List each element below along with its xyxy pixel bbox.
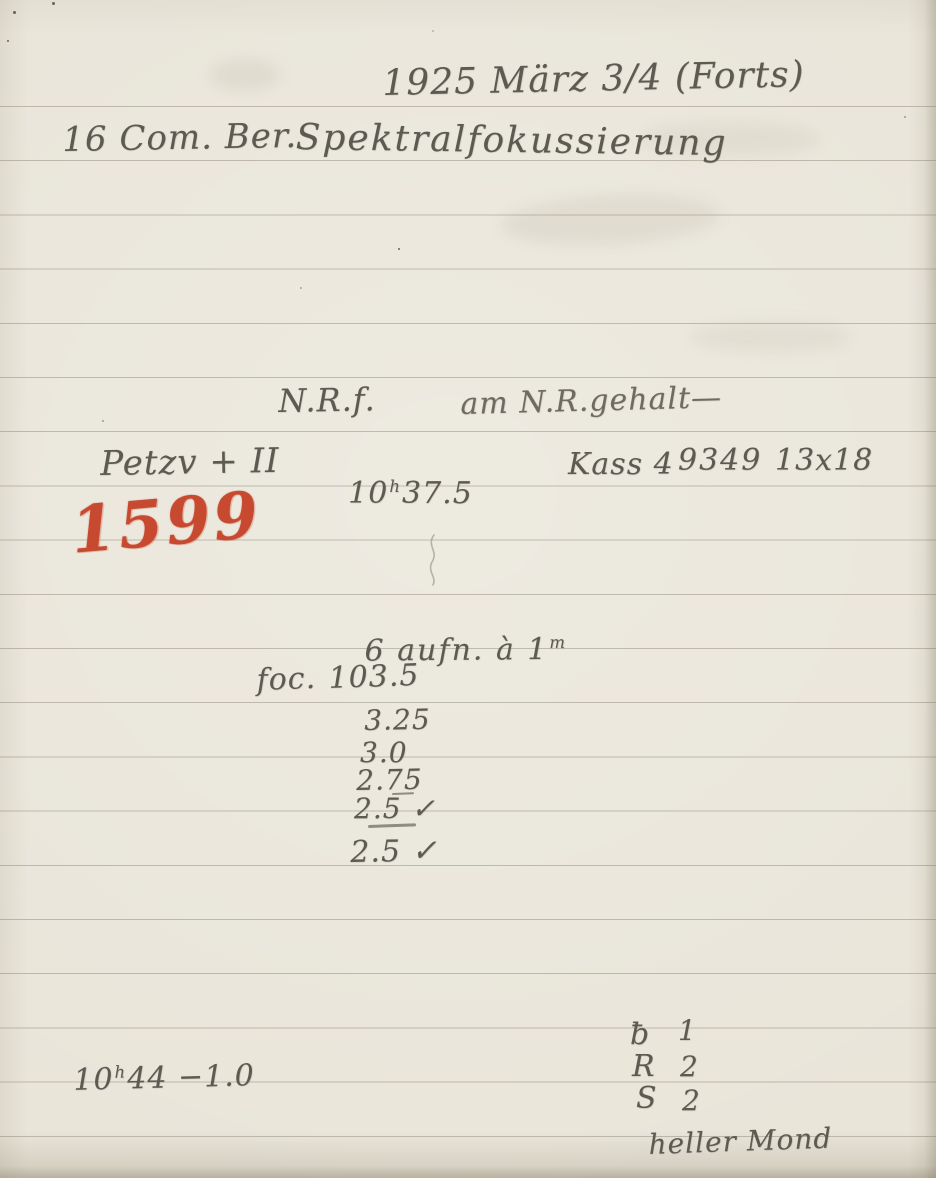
object-designation: 16 Com. Ber. (62, 118, 297, 159)
bleed-through-smudge (210, 60, 280, 90)
guiding-note: am N.R.gehalt— (460, 381, 722, 421)
instrument-label: N.R.f. (278, 382, 376, 419)
focus-value: 3.25 (364, 705, 431, 737)
condition-symbol: S (636, 1082, 658, 1115)
paper-speck (432, 30, 434, 32)
task-title: Spektralfokussierung (295, 118, 727, 164)
end-hour-superscript: h (114, 1063, 126, 1082)
condition-value: 1 (678, 1016, 697, 1047)
end-rest: 44 −1.0 (127, 1058, 255, 1096)
paper-speck (102, 420, 104, 422)
condition-symbol: R (632, 1050, 656, 1083)
focus-value: 2.5 ✓ (354, 794, 436, 825)
paper-speck (904, 116, 906, 118)
focus-overline (368, 823, 416, 828)
plate-id-red: 1599 (68, 477, 264, 568)
condition-symbol: ƀ (630, 1018, 650, 1051)
focus-label: foc. (256, 662, 317, 697)
plate-number: 9349 (678, 444, 762, 477)
paper-speck (7, 40, 9, 42)
exposure-start-time: 10h37.5 (306, 444, 473, 543)
date-heading: 1925 März 3/4 (Forts) (382, 55, 805, 103)
focus-first-value: 103.5 (328, 659, 420, 695)
stray-pencil-mark (418, 532, 448, 592)
condition-value: 2 (680, 1052, 699, 1083)
start-minutes: 37.5 (402, 476, 473, 511)
cassette-label: Kass 4 (568, 448, 674, 481)
end-time: 10h44 −1.0 (30, 1026, 256, 1131)
page-edge-shadow-bottom (0, 1166, 936, 1178)
sky-note: heller Mond (648, 1124, 833, 1161)
paper-speck (398, 248, 400, 250)
plate-format: 13x18 (775, 444, 873, 477)
condition-value: 2 (682, 1086, 701, 1117)
paper-speck (13, 11, 16, 14)
hour-superscript: h (389, 477, 401, 496)
page-edge-shadow-right (924, 0, 936, 1178)
start-hour: 10 (348, 476, 388, 511)
bleed-through-smudge (499, 189, 721, 250)
end-hour: 10 (73, 1062, 114, 1098)
paper-speck (300, 287, 302, 289)
bleed-through-smudge (690, 322, 850, 352)
notebook-page: 1925 März 3/4 (Forts) 16 Com. Ber. Spekt… (0, 0, 936, 1178)
focus-value: 2.5 ✓ (350, 834, 438, 869)
minute-superscript: m (549, 633, 567, 652)
paper-speck (52, 2, 55, 5)
